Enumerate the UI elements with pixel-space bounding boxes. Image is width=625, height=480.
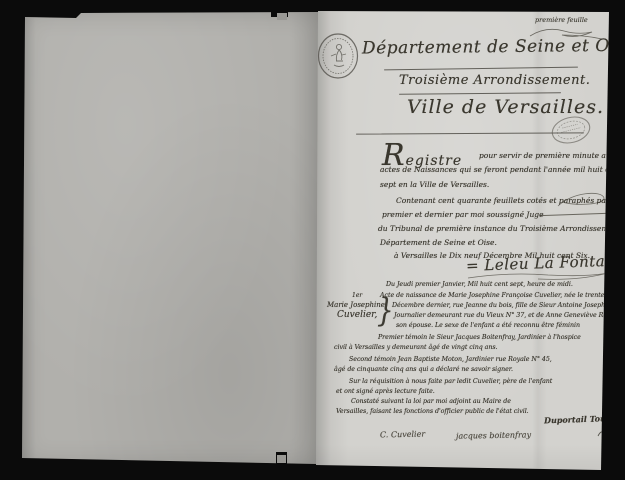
round-stamp-icon [317,32,359,80]
act-line-12: Constaté suivant la loi par moi adjoint … [351,398,511,405]
witness-signature-1: C. Cuvelier [380,430,425,440]
header-department: Département de Seine et Oise .. [362,35,625,58]
left-page-blank [21,12,319,464]
registre-line-1: pour servir de première minute aux [479,151,615,160]
juge-dash [540,213,606,216]
act-line-10: Sur la réquisition à nous faite par ledi… [349,378,552,385]
act-line-2: Acte de naissance de Marie Josephine Fra… [380,292,604,299]
header-arrondissement: Troisième Arrondissement. [399,73,590,88]
act-margin-number: 1er [352,292,362,299]
act-margin-name-2: Cuvelier, [337,310,377,320]
witness-signature-2: jacques boitenfray [456,430,531,440]
contenant-line-3: du Tribunal de première instance du Troi… [378,224,625,233]
act-line-7: civil à Versailles y demeurant âgé de vi… [334,344,497,351]
binding-tab-bottom [277,455,286,463]
official-signature: Duportail Tournay [544,413,625,426]
registre-line-3: sept en la Ville de Versailles. [380,180,489,189]
registre-line-2: actes de Naissances qui se feront pendan… [380,165,622,174]
paraph-loop-icon [556,190,608,214]
act-line-6: Premier témoin le Sieur Jacques Boitenfr… [378,334,581,341]
act-line-9: âgé de cinquante cinq ans qui a déclaré … [334,366,513,373]
act-line-1: Du Jeudi premier Janvier, Mil huit cent … [386,281,573,288]
act-line-4: Journalier demeurant rue du Vieux N° 37,… [394,312,618,319]
contenant-line-4: Département de Seine et Oise. [380,238,497,247]
act-line-3: Décembre dernier, rue Jeanne du bois, fi… [392,302,625,309]
contenant-line-2: premier et dernier par moi soussigné Jug… [382,210,544,219]
paraph-squiggle-icon [596,428,618,440]
scanned-register-spread: première feuille Département de Seine et… [0,0,625,480]
act-line-13: Versailles, faisant les fonctions d'offi… [336,408,529,415]
right-page: première feuille Département de Seine et… [316,8,612,472]
act-line-11: et ont signé après lecture faite. [336,388,435,395]
binding-tab-top [277,13,287,20]
act-line-5: son épouse. Le sexe de l'enfant a été re… [396,322,580,329]
header-rule-1 [384,67,578,71]
header-rule-2 [399,92,561,94]
act-line-8: Second témoin Jean Baptiste Moton, Jardi… [349,356,552,363]
